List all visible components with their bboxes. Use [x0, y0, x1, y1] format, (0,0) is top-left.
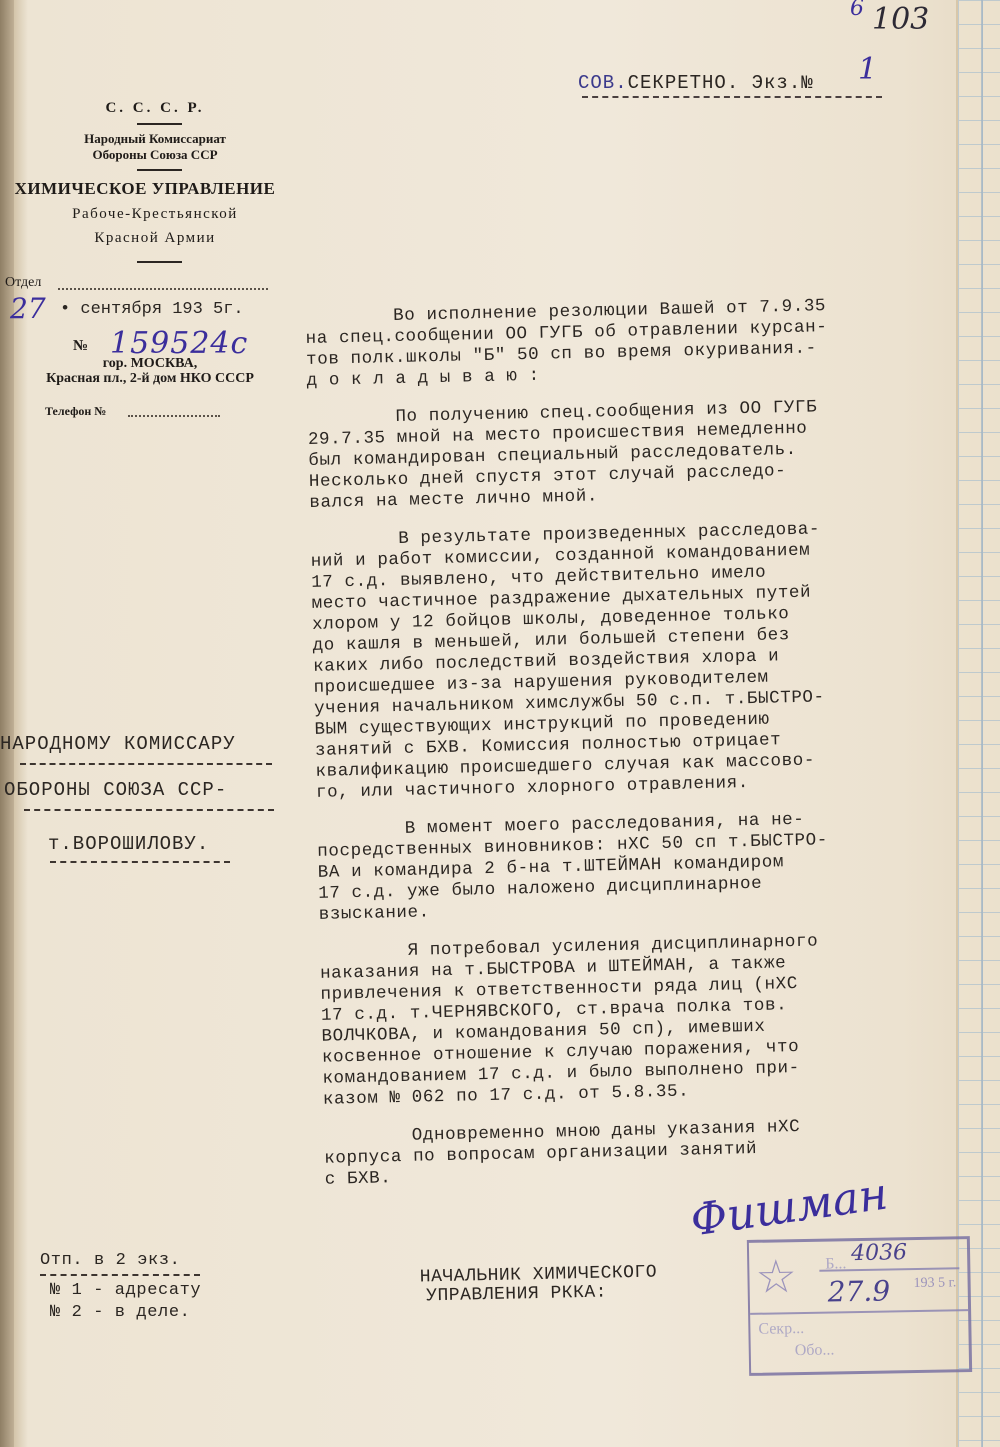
phone-field-line: [128, 415, 220, 417]
archive-sheet-small: 6: [850, 0, 864, 21]
stamp-year: 193 5 г.: [913, 1275, 956, 1292]
stamp-incoming-number: 4036: [851, 1240, 907, 1266]
distribution-item: № 2 - в деле.: [40, 1302, 201, 1324]
otdel-label: Отдел: [5, 275, 41, 291]
letterhead-country: С. С. С. Р.: [20, 100, 290, 117]
otdel-field-line: [58, 288, 268, 290]
letterhead-commissariat-2: Обороны Союза ССР: [20, 147, 290, 163]
registry-stamp: ☆ Б... 4036 27.9 193 5 г. Секр... Обо...: [747, 1236, 972, 1376]
classification-prefix: СОВ.: [578, 72, 628, 94]
divider: [137, 123, 182, 125]
classification-label: СЕКРЕТНО. Экз.№: [628, 72, 814, 94]
phone-label: Телефон №: [45, 404, 106, 419]
date-typed: • сентября 193 5г.: [60, 300, 244, 319]
addressee-underline: [20, 763, 272, 765]
stamp-faint-label: Обо...: [795, 1341, 835, 1360]
distribution-divider: [40, 1274, 200, 1276]
archive-sheet-number: 103: [872, 2, 929, 37]
letterhead: С. С. С. Р. Народный Комиссариат Обороны…: [0, 100, 290, 269]
letterhead-army-1: Рабоче-Крестьянской: [20, 205, 290, 223]
divider: [137, 261, 182, 263]
stamp-received-date: 27.9: [827, 1274, 890, 1308]
body-paragraph: В момент моего расследования, на не-поср…: [317, 806, 959, 925]
number-label: №: [73, 338, 88, 355]
letterhead-address: гор. МОСКВА, Красная пл., 2-й дом НКО СС…: [0, 356, 300, 386]
addressee-line-1: НАРОДНОМУ КОМИССАРУ: [0, 733, 236, 755]
stamp-faint-label: Секр...: [758, 1320, 804, 1339]
stamp-line: [750, 1309, 968, 1315]
addressee-underline: [50, 861, 230, 863]
body-paragraph: Во исполнение резолюции Вашей от 7.9.35н…: [305, 293, 947, 391]
distribution-list: Отп. в 2 экз. № 1 - адресату № 2 - в дел…: [40, 1250, 201, 1324]
body-paragraph: По получению спец.сообщения из ОО ГУГБ29…: [307, 394, 949, 513]
distribution-header: Отп. в 2 экз.: [40, 1250, 201, 1272]
letterhead-street: Красная пл., 2-й дом НКО СССР: [0, 371, 300, 386]
classification-mark: СОВ.СЕКРЕТНО. Экз.№: [578, 72, 814, 94]
copy-number-handwritten: 1: [858, 52, 877, 87]
grid-margin-line: [981, 0, 983, 1447]
letterhead-city: гор. МОСКВА,: [0, 356, 300, 371]
date-day-handwritten: 27: [10, 292, 46, 325]
addressee-underline: [24, 809, 274, 811]
addressee-line-3: т.ВОРОШИЛОВУ.: [48, 833, 209, 855]
addressee-line-2: ОБОРОНЫ СОЮЗА ССР-: [4, 779, 227, 801]
signatory-title: НАЧАЛЬНИК ХИМИЧЕСКОГО УПРАВЛЕНИЯ РККА:: [420, 1264, 658, 1307]
grid-paper-strip: [956, 0, 1000, 1447]
letterhead-army-2: Красной Армии: [20, 229, 290, 247]
divider: [137, 169, 182, 171]
distribution-item: № 1 - адресату: [40, 1280, 201, 1302]
star-icon: ☆: [755, 1254, 797, 1301]
body-paragraph: В результате произведенных расследова-ни…: [310, 516, 956, 803]
classification-underline: [582, 96, 882, 98]
body-paragraph: Я потребовал усиления дисциплинарногонак…: [319, 928, 963, 1110]
letterhead-commissariat-1: Народный Комиссариат: [20, 131, 290, 147]
letterhead-department: ХИМИЧЕСКОЕ УПРАВЛЕНИЕ: [0, 179, 290, 199]
letter-body: Во исполнение резолюции Вашей от 7.9.35н…: [305, 293, 965, 1207]
